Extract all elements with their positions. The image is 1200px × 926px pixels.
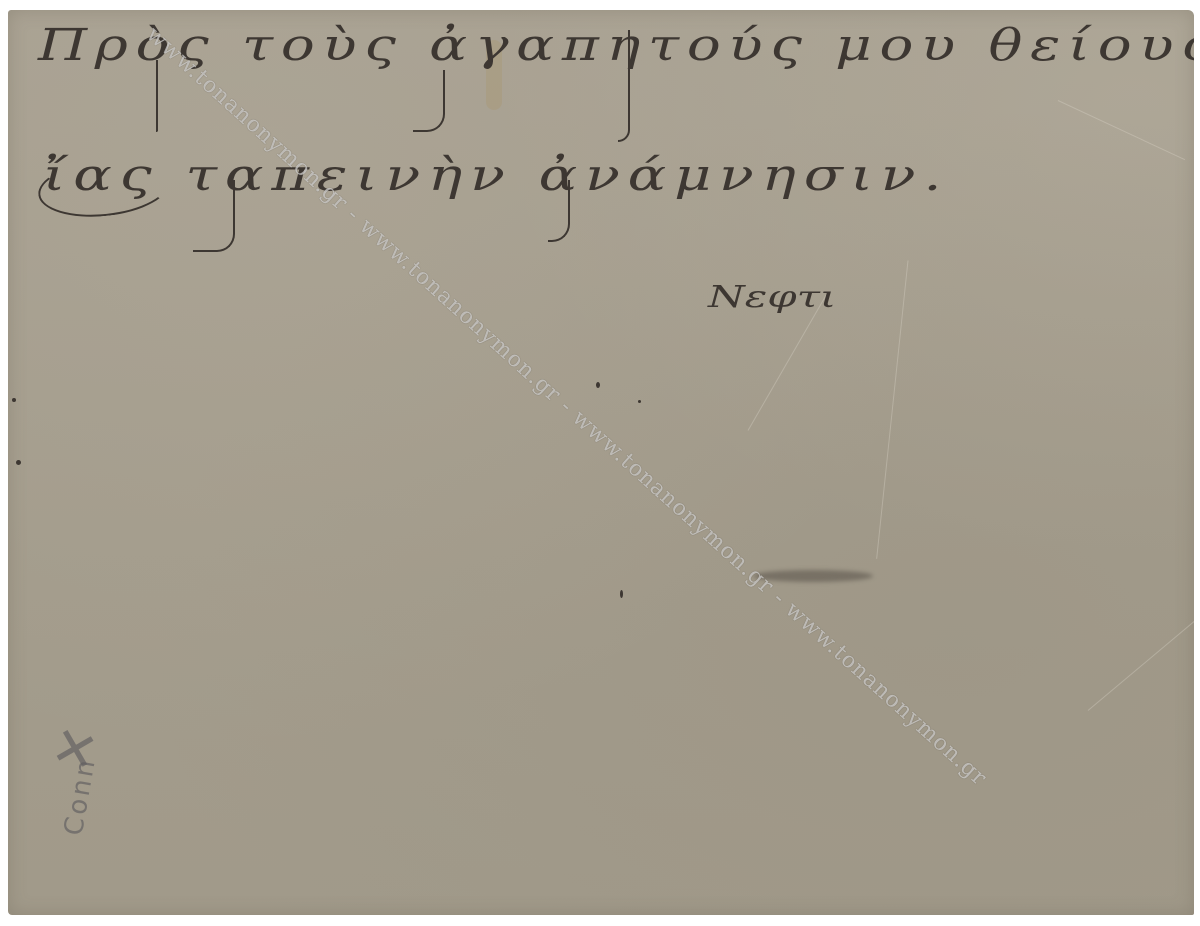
ink-flourish	[548, 180, 570, 242]
ink-speck	[638, 400, 641, 403]
paper-crease	[1088, 614, 1194, 711]
ink-speck	[16, 460, 21, 465]
watermark: www.tonanonymon.gr - www.tonanonymon.gr …	[141, 22, 991, 791]
handwritten-card: Πρὸς τοὺς ἀγαπητούς μου θείους καὶ θε ἴα…	[8, 10, 1194, 915]
pencil-note: Conn	[44, 752, 117, 840]
ink-speck	[12, 398, 16, 402]
ink-speck	[620, 590, 623, 598]
paper-crease	[1058, 100, 1185, 160]
pencil-annotation: ✕ Conn	[44, 720, 104, 910]
ink-flourish	[413, 70, 445, 132]
ink-flourish	[618, 30, 630, 142]
ink-speck	[596, 382, 600, 388]
ink-flourish	[156, 60, 158, 132]
handwriting-line-2: ἴας ταπεινὴν ἀνάμνησιν.	[43, 150, 949, 201]
ink-flourish	[193, 180, 235, 252]
signature: Νεφτι	[708, 280, 836, 315]
handwriting-line-1: Πρὸς τοὺς ἀγαπητούς μου θείους καὶ θε	[38, 20, 1194, 71]
paper-crease	[876, 260, 908, 558]
